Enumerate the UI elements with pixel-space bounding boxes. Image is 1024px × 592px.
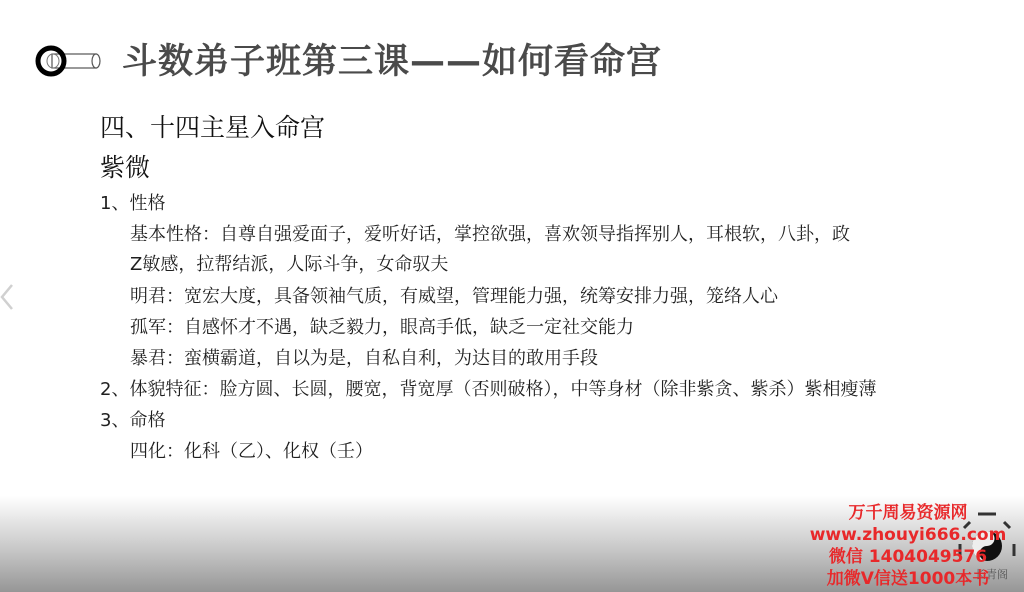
list-item: 1、性格 (100, 189, 165, 215)
star-name: 紫微 (100, 148, 150, 184)
slide-title: 斗数弟子班第三课——如何看命宫 (122, 34, 662, 84)
list-item: 暴君：蛮横霸道，自以为是，自私自利，为达目的敢用手段 (130, 344, 598, 370)
list-item: 明君：宽宏大度，具备领袖气质，有威望，管理能力强，统筹安排力强，笼络人心 (130, 282, 778, 308)
list-item: 孤军：自感怀才不遇，缺乏毅力，眼高手低，缺乏一定社交能力 (130, 313, 634, 339)
watermark-promo: 加微V信送1000本书 (808, 568, 1008, 590)
section-heading: 四、十四主星入命宫 (100, 108, 325, 144)
list-item: Z敏感，拉帮结派，人际斗争，女命驭夫 (130, 250, 448, 276)
watermark-wechat: 微信 1404049576 (808, 546, 1008, 568)
list-item: 基本性格：自尊自强爱面子，爱听好话，掌控欲强，喜欢领导指挥别人，耳根软，八卦，政 (130, 220, 850, 246)
list-item: 3、命格 (100, 406, 165, 432)
title-bullet-icon (34, 44, 104, 78)
slide-canvas: 斗数弟子班第三课——如何看命宫 四、十四主星入命宫 紫微 1、性格 基本性格：自… (0, 0, 1024, 592)
list-item: 四化：化科（乙）、化权（壬） (130, 437, 373, 463)
chevron-left-icon[interactable] (0, 282, 16, 312)
watermark-url: www.zhouyi666.com (808, 524, 1008, 546)
watermark: 万千周易资源网 www.zhouyi666.com 微信 1404049576 … (808, 502, 1008, 590)
list-item: 2、体貌特征：脸方圆、长圆，腰宽，背宽厚（否则破格），中等身材（除非紫贪、紫杀）… (100, 375, 876, 401)
watermark-site-name: 万千周易资源网 (808, 502, 1008, 524)
